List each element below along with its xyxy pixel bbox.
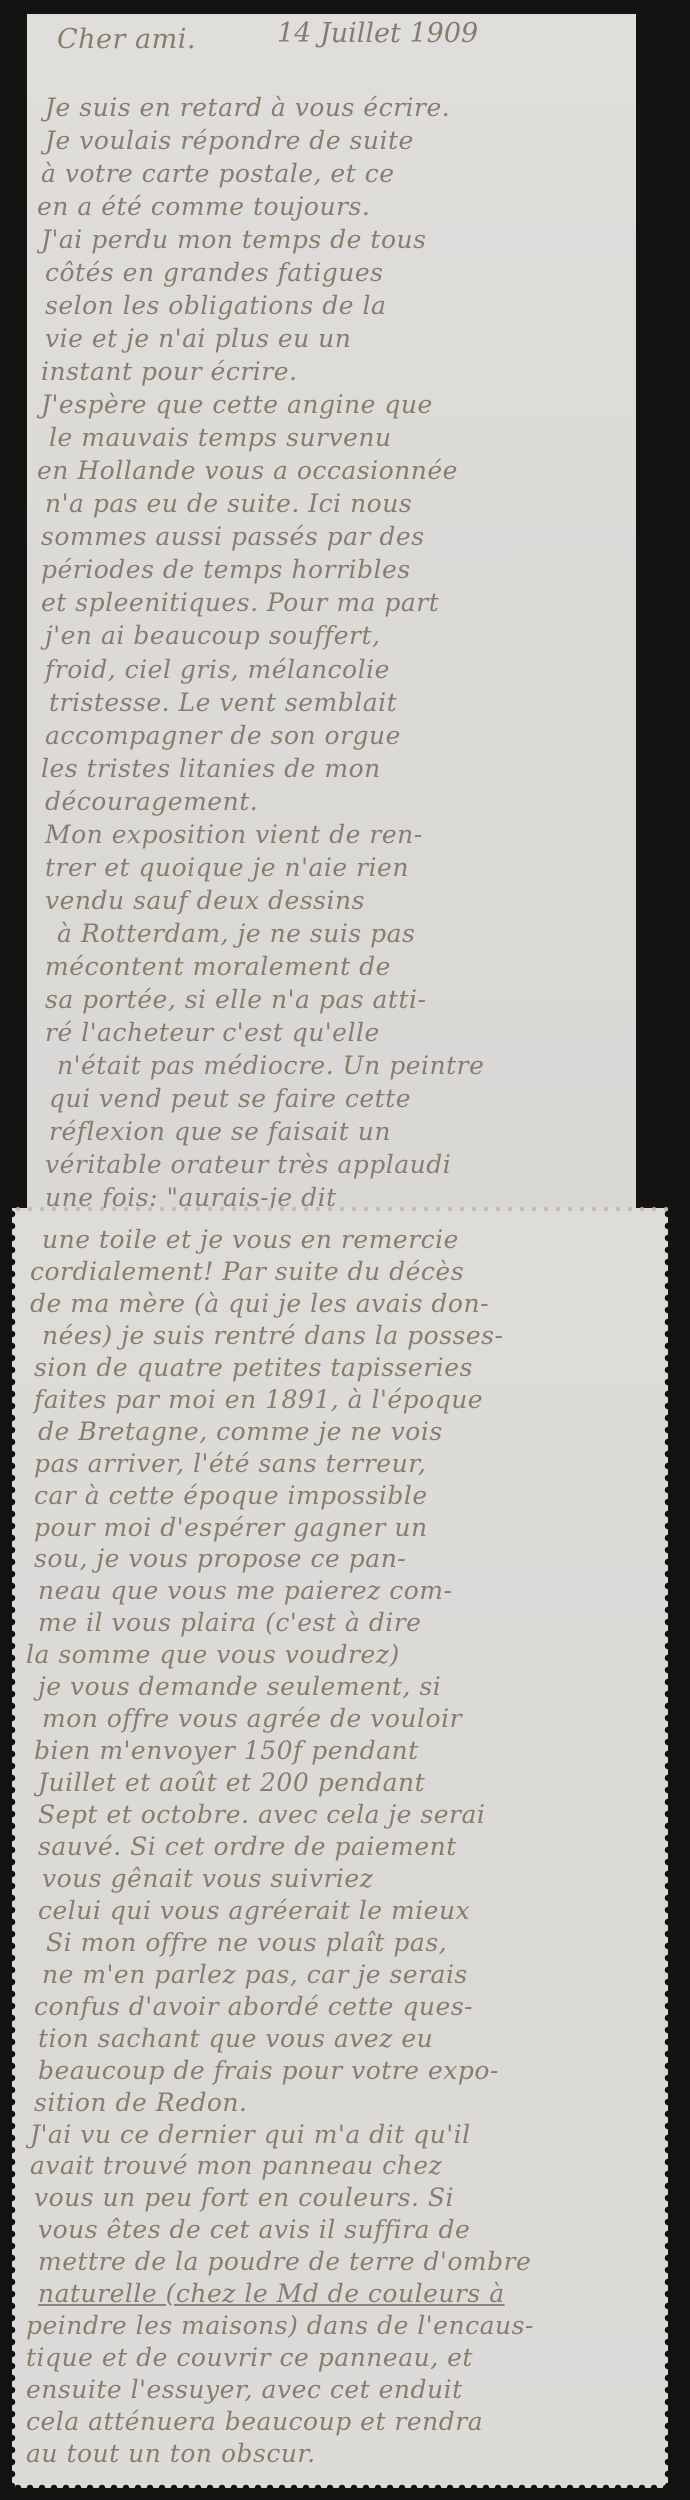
letter-line: de ma mère (à qui je les avais don- (30, 1288, 489, 1320)
letter-line: tique et de couvrir ce panneau, et (26, 2342, 473, 2374)
letter-line: pour moi d'espérer gagner un (34, 1512, 428, 1544)
letter-line: sa portée, si elle n'a pas atti- (45, 984, 426, 1016)
letter-line: ne m'en parlez pas, car je serais (42, 1959, 468, 1991)
salutation: Cher ami. (57, 24, 196, 56)
letter-line: qui vend peut se faire cette (49, 1083, 411, 1115)
letter-line: ensuite l'essuyer, avec cet enduit (26, 2374, 463, 2406)
letter-line: Mon exposition vient de ren- (45, 819, 423, 851)
letter-line: sommes aussi passés par des (41, 521, 425, 553)
letter-line: de Bretagne, comme je ne vois (38, 1416, 443, 1448)
letter-line: les tristes litanies de mon (41, 753, 381, 785)
letter-line: avait trouvé mon panneau chez (30, 2150, 442, 2182)
letter-line: neau que vous me paierez com- (38, 1575, 452, 1607)
letter-line: me il vous plaira (c'est à dire (38, 1607, 421, 1639)
perforated-right-edge (664, 1208, 672, 2488)
letter-line: n'a pas eu de suite. Ici nous (45, 488, 412, 520)
letter-line: Je voulais répondre de suite (45, 125, 414, 157)
letter-line: découragement. (45, 786, 258, 818)
letter-line: Juillet et août et 200 pendant (38, 1767, 425, 1799)
letter-line: à votre carte postale, et ce (41, 158, 395, 190)
perforated-bottom-edge (12, 2484, 668, 2492)
letter-line: périodes de temps horribles (41, 554, 411, 586)
letter-line: confus d'avoir abordé cette ques- (34, 1991, 473, 2023)
letter-line: car à cette époque impossible (34, 1480, 428, 1512)
letter-line: J'ai vu ce dernier qui m'a dit qu'il (30, 2119, 471, 2151)
letter-line: une toile et je vous en remercie (42, 1224, 459, 1256)
letter-line: côtés en grandes fatigues (45, 257, 383, 289)
letter-line: selon les obligations de la (45, 290, 386, 322)
letter-line: mécontent moralement de (45, 951, 391, 983)
letter-sheet-2: une toile et je vous en remercie cordial… (12, 1208, 668, 2488)
letter-line: beaucoup de frais pour votre expo- (38, 2055, 499, 2087)
letter-line: la somme que vous voudrez) (26, 1639, 400, 1671)
letter-line: tion sachant que vous avez eu (38, 2023, 433, 2055)
letter-line: vous un peu fort en couleurs. Si (34, 2182, 454, 2214)
letter-line: en a été comme toujours. (37, 191, 370, 223)
letter-line: à Rotterdam, je ne suis pas (57, 918, 415, 950)
letter-line: mettre de la poudre de terre d'ombre (38, 2246, 531, 2278)
letter-line: vous gênait vous suivriez (42, 1863, 373, 1895)
letter-line: trer et quoique je n'aie rien (45, 852, 409, 884)
letter-line: vous êtes de cet avis il suffira de (38, 2214, 470, 2246)
letter-line: tristesse. Le vent semblait (49, 687, 397, 719)
letter-line: je vous demande seulement, si (38, 1671, 441, 1703)
letter-line: j'en ai beaucoup souffert, (45, 620, 380, 652)
letter-line: Je suis en retard à vous écrire. (45, 92, 450, 124)
letter-line: faites par moi en 1891, à l'époque (34, 1384, 483, 1416)
letter-line: mon offre vous agrée de vouloir (42, 1703, 462, 1735)
letter-line: en Hollande vous a occasionnée (37, 455, 458, 487)
letter-line: sion de quatre petites tapisseries (34, 1352, 473, 1384)
letter-line: peindre les maisons) dans de l'encaus- (26, 2310, 534, 2342)
letter-line: sauvé. Si cet ordre de paiement (38, 1831, 457, 1863)
letter-line: vie et je n'ai plus eu un (45, 323, 351, 355)
letter-line: pas arriver, l'été sans terreur, (34, 1448, 426, 1480)
letter-line: J'ai perdu mon temps de tous (41, 224, 426, 256)
letter-line: véritable orateur très applaudi (45, 1149, 451, 1181)
letter-date: 14 Juillet 1909 (277, 18, 478, 49)
letter-sheet-1: Cher ami. 14 Juillet 1909 Je suis en ret… (27, 14, 636, 1214)
letter-line: cordialement! Par suite du décès (30, 1256, 464, 1288)
letter-line: cela atténuera beaucoup et rendra (26, 2406, 483, 2438)
perforated-left-edge (8, 1208, 16, 2488)
letter-line: n'était pas médiocre. Un peintre (57, 1050, 484, 1082)
letter-line: froid, ciel gris, mélancolie (45, 654, 390, 686)
letter-line-underlined: naturelle (chez le Md de couleurs à (38, 2278, 505, 2310)
letter-line: ré l'acheteur c'est qu'elle (45, 1017, 380, 1049)
letter-line: J'espère que cette angine que (41, 389, 433, 421)
letter-line: réflexion que se faisait un (49, 1116, 391, 1148)
letter-line: le mauvais temps survenu (49, 422, 392, 454)
perforated-top-edge (12, 1206, 668, 1212)
letter-line: celui qui vous agréerait le mieux (38, 1895, 470, 1927)
letter-line: Si mon offre ne vous plaît pas, (46, 1927, 447, 1959)
letter-line: Sept et octobre. avec cela je serai (38, 1799, 485, 1831)
letter-line: nées) je suis rentré dans la posses- (42, 1320, 503, 1352)
letter-line: instant pour écrire. (41, 356, 297, 388)
letter-line: accompagner de son orgue (45, 720, 401, 752)
letter-line: vendu sauf deux dessins (45, 885, 365, 917)
letter-line: sou, je vous propose ce pan- (34, 1543, 406, 1575)
letter-line: sition de Redon. (34, 2087, 247, 2119)
letter-line: et spleenitiques. Pour ma part (41, 587, 439, 619)
letter-line: bien m'envoyer 150f pendant (34, 1735, 419, 1767)
letter-line: au tout un ton obscur. (26, 2438, 316, 2470)
